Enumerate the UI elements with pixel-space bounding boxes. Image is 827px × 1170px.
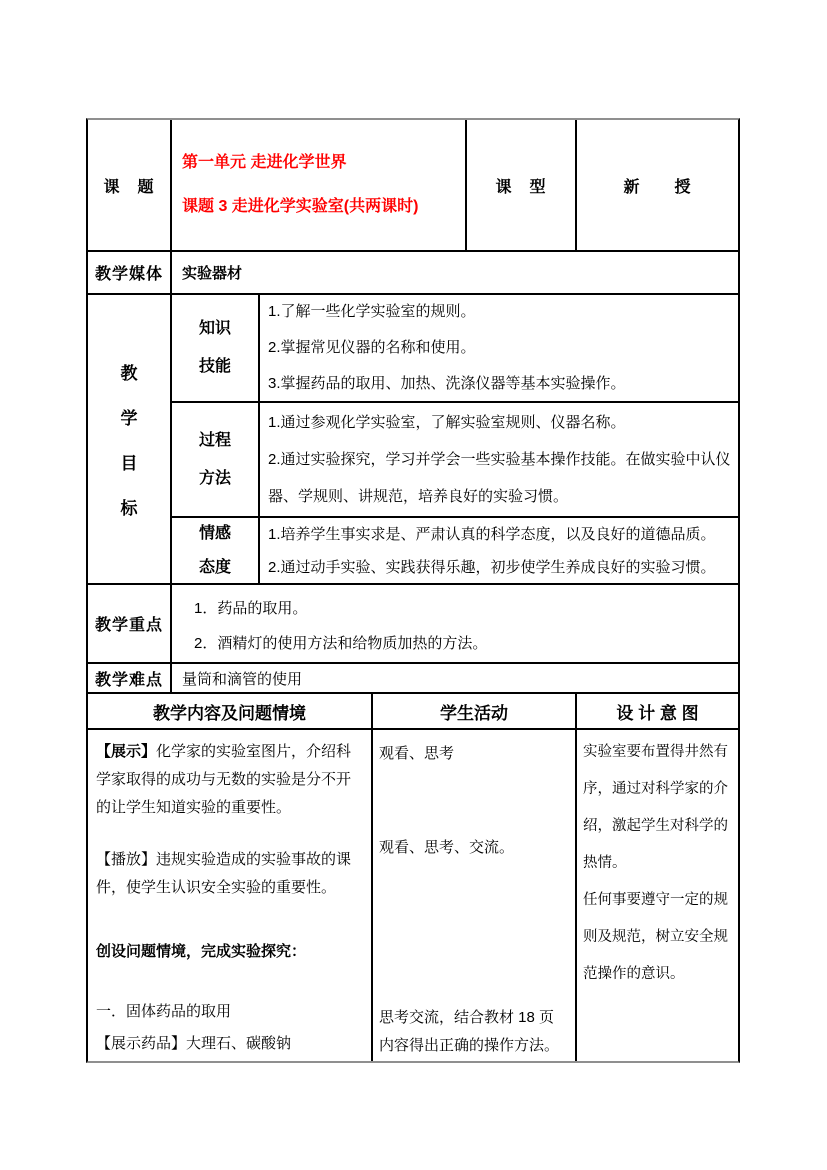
media-value-cell: 实验器材 (172, 252, 738, 295)
section-label-line: 态度 (199, 551, 231, 585)
knowledge-skills-items-cell: 1.了解一些化学实验室的规则。 2.掌握常见仪器的名称和使用。 3.掌握药品的取… (260, 295, 738, 403)
process-method-items-cell: 1.通过参观化学实验室，了解实验室规则、仪器名称。 2.通过实验探究，学习并学会… (260, 403, 738, 518)
key-point-item: 1．药品的取用。 (194, 591, 732, 626)
key-points-label-cell: 教学重点 (88, 585, 172, 664)
goal-item: 2.掌握常见仪器的名称和使用。 (268, 330, 732, 366)
topic-title-line2: 课题 3 走进化学实验室(共两课时) (182, 185, 459, 229)
content-left-cell: 【展示】化学家的实验室图片，介绍科学家取得的成功与无数的实验是分不开的让学生知道… (88, 730, 373, 1061)
section-label-line: 过程 (199, 422, 231, 460)
key-points-items-cell: 1．药品的取用。 2．酒精灯的使用方法和给物质加热的方法。 (172, 585, 738, 664)
content-paragraph: 【展示药品】大理石、碳酸钠 (96, 1030, 363, 1058)
student-activity-item: 观看、思考 (379, 740, 569, 768)
goal-char: 教 (121, 359, 138, 384)
goal-item: 2.通过动手实验、实践获得乐趣，初步使学生养成良好的实验习惯。 (268, 551, 732, 584)
difficulty-value-cell: 量筒和滴管的使用 (172, 664, 738, 694)
lesson-plan-page: 课 题 第一单元 走进化学世界 课题 3 走进化学实验室(共两课时) 课 型 新… (0, 0, 827, 1170)
section-label-line: 情感 (199, 518, 231, 551)
goal-char: 学 (121, 404, 138, 429)
knowledge-skills-label-cell: 知识 技能 (172, 295, 260, 403)
design-intent-item: 实验室要布置得井然有序，通过对科学家的介绍，激起学生对科学的热情。 (583, 734, 732, 882)
student-activity-item: 观看、思考、交流。 (379, 834, 569, 862)
course-type-label-cell: 课 型 (467, 120, 577, 252)
show-tag: 【展示】 (96, 743, 156, 760)
goal-char: 标 (121, 494, 138, 519)
goal-item: 2.通过实验探究，学习并学会一些实验基本操作技能。在做实验中认仪器、学规则、讲规… (268, 441, 732, 515)
section-label-line: 方法 (199, 460, 231, 498)
goal-item: 1.通过参观化学实验室，了解实验室规则、仪器名称。 (268, 404, 732, 441)
section-label-line: 知识 (199, 310, 231, 348)
goal-char: 目 (121, 449, 138, 474)
media-label-cell: 教学媒体 (88, 252, 172, 295)
difficulty-label-cell: 教学难点 (88, 664, 172, 694)
goal-item: 3.掌握药品的取用、加热、洗涤仪器等基本实验操作。 (268, 366, 732, 402)
column-header-design-intent: 设 计 意 图 (577, 694, 738, 730)
content-paragraph: 创设问题情境，完成实验探究： (96, 938, 363, 966)
topic-title-cell: 第一单元 走进化学世界 课题 3 走进化学实验室(共两课时) (172, 120, 467, 252)
content-paragraph: 【播放】违规实验造成的实验事故的课件，使学生认识安全实验的重要性。 (96, 846, 363, 902)
content-right-cell: 实验室要布置得井然有序，通过对科学家的介绍，激起学生对科学的热情。 任何事要遵守… (577, 730, 738, 1061)
course-type-value-cell: 新 授 (577, 120, 738, 252)
section-label-line: 技能 (199, 348, 231, 386)
emotion-attitude-label-cell: 情感 态度 (172, 518, 260, 585)
teaching-goals-label-cell: 教 学 目 标 (88, 295, 172, 585)
lesson-plan-table: 课 题 第一单元 走进化学世界 课题 3 走进化学实验室(共两课时) 课 型 新… (86, 118, 740, 1063)
design-intent-item: 任何事要遵守一定的规则及规范，树立安全规范操作的意识。 (583, 882, 732, 993)
goal-item: 1.了解一些化学实验室的规则。 (268, 295, 732, 330)
goal-item: 1.培养学生事实求是、严肃认真的科学态度，以及良好的道德品质。 (268, 518, 732, 551)
student-activity-item: 思考交流，结合教材 18 页内容得出正确的操作方法。 (379, 1004, 569, 1060)
topic-title-line1: 第一单元 走进化学世界 (182, 141, 459, 185)
content-middle-cell: 观看、思考 观看、思考、交流。 思考交流，结合教材 18 页内容得出正确的操作方… (373, 730, 577, 1061)
key-point-item: 2．酒精灯的使用方法和给物质加热的方法。 (194, 626, 732, 661)
content-paragraph: 一．固体药品的取用 (96, 998, 363, 1026)
column-header-student-activity: 学生活动 (373, 694, 577, 730)
topic-label-cell: 课 题 (88, 120, 172, 252)
emotion-attitude-items-cell: 1.培养学生事实求是、严肃认真的科学态度，以及良好的道德品质。 2.通过动手实验… (260, 518, 738, 585)
column-header-content: 教学内容及问题情境 (88, 694, 373, 730)
process-method-label-cell: 过程 方法 (172, 403, 260, 518)
content-paragraph: 【展示】化学家的实验室图片，介绍科学家取得的成功与无数的实验是分不开的让学生知道… (96, 738, 363, 822)
